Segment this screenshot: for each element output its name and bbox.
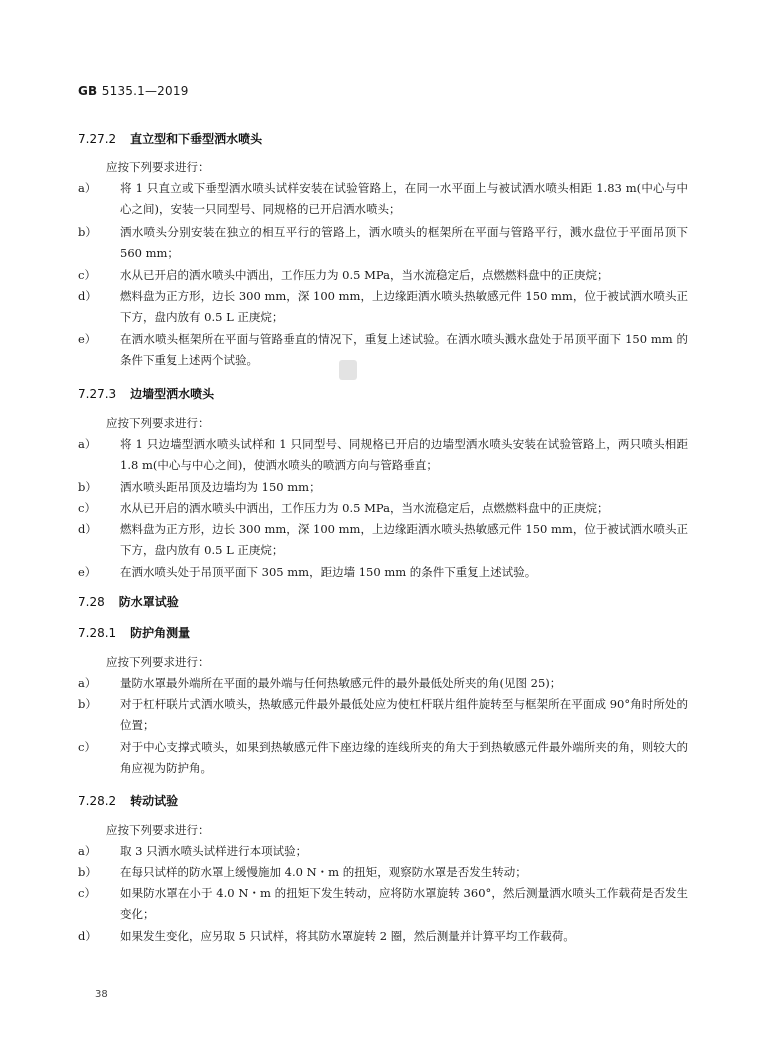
list-item-text: 将 1 只直立或下垂型洒水喷头试样安装在试验管路上，在同一水平面上与被试洒水喷头… — [120, 178, 688, 220]
document-standard-code: GB 5135.1—2019 — [78, 84, 189, 98]
list-item: b） 洒水喷头距吊顶及边墙均为 150 mm； — [78, 477, 688, 498]
list-item-label: b） — [78, 222, 106, 243]
standard-prefix: GB — [78, 84, 97, 98]
list-item-text: 水从已开启的洒水喷头中洒出，工作压力为 0.5 MPa，当水流稳定后，点燃燃料盘… — [120, 265, 688, 286]
list-item-text: 在每只试样的防水罩上缓慢施加 4.0 N・m 的扭矩，观察防水罩是否发生转动； — [120, 862, 688, 883]
list-item-text: 燃料盘为正方形，边长 300 mm，深 100 mm，上边缘距洒水喷头热敏感元件… — [120, 286, 688, 328]
list-item-label: d） — [78, 286, 106, 307]
list-item-text: 洒水喷头分别安装在独立的相互平行的管路上，洒水喷头的框架所在平面与管路平行，溅水… — [120, 222, 688, 264]
standard-number: 5135.1—2019 — [102, 84, 189, 98]
list-item-text: 如果发生变化，应另取 5 只试样，将其防水罩旋转 2 圈，然后测量并计算平均工作… — [120, 926, 688, 947]
list-item-label: a） — [78, 434, 106, 455]
list-item: c） 水从已开启的洒水喷头中洒出，工作压力为 0.5 MPa，当水流稳定后，点燃… — [78, 498, 688, 519]
list-item-text: 将 1 只边墙型洒水喷头试样和 1 只同型号、同规格已开启的边墙型洒水喷头安装在… — [120, 434, 688, 476]
list-item-label: c） — [78, 265, 106, 286]
list-item-label: b） — [78, 477, 106, 498]
section-title: 防护角测量 — [130, 626, 190, 640]
list-item-text: 在洒水喷头框架所在平面与管路垂直的情况下，重复上述试验。在洒水喷头溅水盘处于吊顶… — [120, 329, 688, 371]
list-item-text: 燃料盘为正方形，边长 300 mm，深 100 mm，上边缘距洒水喷头热敏感元件… — [120, 519, 688, 561]
list-item: a） 将 1 只边墙型洒水喷头试样和 1 只同型号、同规格已开启的边墙型洒水喷头… — [78, 434, 688, 476]
list-item: c） 对于中心支撑式喷头，如果到热敏感元件下座边缘的连线所夹的角大于到热敏感元件… — [78, 737, 688, 779]
list-item-text: 取 3 只洒水喷头试样进行本项试验； — [120, 841, 688, 862]
list-item-text: 如果防水罩在小于 4.0 N・m 的扭矩下发生转动，应将防水罩旋转 360°，然… — [120, 883, 688, 925]
list-item: c） 水从已开启的洒水喷头中洒出，工作压力为 0.5 MPa，当水流稳定后，点燃… — [78, 265, 688, 286]
list-item-text: 对于中心支撑式喷头，如果到热敏感元件下座边缘的连线所夹的角大于到热敏感元件最外端… — [120, 737, 688, 779]
section-heading-7-27-2: 7.27.2直立型和下垂型洒水喷头 — [78, 130, 262, 147]
section-title: 防水罩试验 — [119, 595, 179, 609]
list-item: d） 如果发生变化，应另取 5 只试样，将其防水罩旋转 2 圈，然后测量并计算平… — [78, 926, 688, 947]
list-item-label: b） — [78, 694, 106, 715]
section-intro: 应按下列要求进行： — [106, 822, 210, 838]
section-number: 7.27.3 — [78, 387, 116, 401]
list-item: b） 洒水喷头分别安装在独立的相互平行的管路上，洒水喷头的框架所在平面与管路平行… — [78, 222, 688, 264]
section-number: 7.28 — [78, 595, 105, 609]
scan-marker — [339, 360, 357, 380]
list-item-label: c） — [78, 883, 106, 904]
section-heading-7-27-3: 7.27.3边墙型洒水喷头 — [78, 385, 214, 402]
list-item-label: b） — [78, 862, 106, 883]
list-item-label: c） — [78, 737, 106, 758]
list-item: b） 对于杠杆联片式洒水喷头，热敏感元件最外最低处应为使杠杆联片组件旋转至与框架… — [78, 694, 688, 736]
list-item-label: a） — [78, 841, 106, 862]
list-item: a） 取 3 只洒水喷头试样进行本项试验； — [78, 841, 688, 862]
section-title: 边墙型洒水喷头 — [130, 387, 214, 401]
section-number: 7.28.2 — [78, 794, 116, 808]
section-title: 转动试验 — [130, 794, 178, 808]
list-item-label: e） — [78, 329, 106, 350]
list-item: e） 在洒水喷头框架所在平面与管路垂直的情况下，重复上述试验。在洒水喷头溅水盘处… — [78, 329, 688, 371]
list-item-label: d） — [78, 926, 106, 947]
list-item-label: a） — [78, 673, 106, 694]
list-item-text: 洒水喷头距吊顶及边墙均为 150 mm； — [120, 477, 688, 498]
list-item: a） 量防水罩最外端所在平面的最外端与任何热敏感元件的最外最低处所夹的角(见图 … — [78, 673, 688, 694]
list-item: b） 在每只试样的防水罩上缓慢施加 4.0 N・m 的扭矩，观察防水罩是否发生转… — [78, 862, 688, 883]
list-item-label: c） — [78, 498, 106, 519]
section-title: 直立型和下垂型洒水喷头 — [130, 132, 262, 146]
section-intro: 应按下列要求进行： — [106, 654, 210, 670]
list-item-text: 水从已开启的洒水喷头中洒出，工作压力为 0.5 MPa，当水流稳定后，点燃燃料盘… — [120, 498, 688, 519]
section-intro: 应按下列要求进行： — [106, 159, 210, 175]
section-number: 7.27.2 — [78, 132, 116, 146]
page-number: 38 — [95, 989, 108, 1000]
section-heading-7-28: 7.28防水罩试验 — [78, 593, 179, 610]
list-item-label: e） — [78, 562, 106, 583]
list-item-text: 量防水罩最外端所在平面的最外端与任何热敏感元件的最外最低处所夹的角(见图 25)… — [120, 673, 688, 694]
list-item: d） 燃料盘为正方形，边长 300 mm，深 100 mm，上边缘距洒水喷头热敏… — [78, 519, 688, 561]
list-item: c） 如果防水罩在小于 4.0 N・m 的扭矩下发生转动，应将防水罩旋转 360… — [78, 883, 688, 925]
list-item-text: 在洒水喷头处于吊顶平面下 305 mm，距边墙 150 mm 的条件下重复上述试… — [120, 562, 688, 583]
list-item-text: 对于杠杆联片式洒水喷头，热敏感元件最外最低处应为使杠杆联片组件旋转至与框架所在平… — [120, 694, 688, 736]
section-number: 7.28.1 — [78, 626, 116, 640]
section-heading-7-28-1: 7.28.1防护角测量 — [78, 624, 190, 641]
section-intro: 应按下列要求进行： — [106, 415, 210, 431]
list-item-label: d） — [78, 519, 106, 540]
list-item-label: a） — [78, 178, 106, 199]
list-item: a） 将 1 只直立或下垂型洒水喷头试样安装在试验管路上，在同一水平面上与被试洒… — [78, 178, 688, 220]
section-heading-7-28-2: 7.28.2转动试验 — [78, 792, 178, 809]
list-item: d） 燃料盘为正方形，边长 300 mm，深 100 mm，上边缘距洒水喷头热敏… — [78, 286, 688, 328]
list-item: e） 在洒水喷头处于吊顶平面下 305 mm，距边墙 150 mm 的条件下重复… — [78, 562, 688, 583]
